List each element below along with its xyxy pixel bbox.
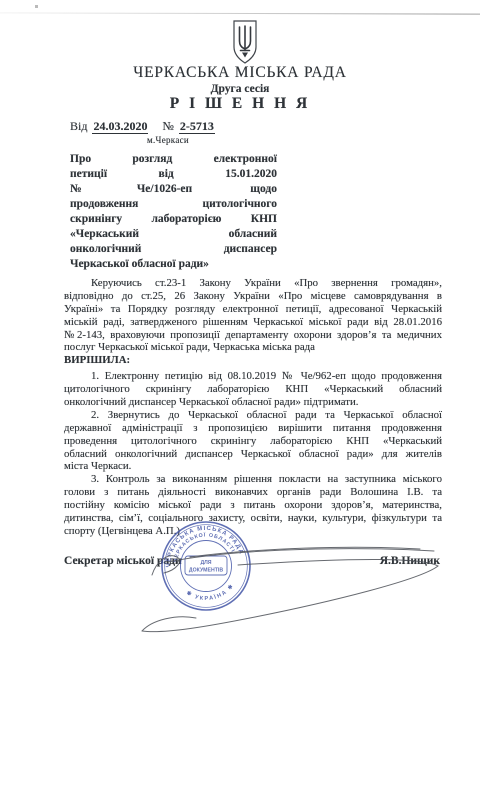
subject-block: Про розгляд електронної петиції від 15.0… [70,152,277,272]
subject-line: Черкаської обласної ради» [70,257,277,272]
document-page: ЧЕРКАСЬКА МІСЬКА РАДА Друга сесія Р І Ш … [0,0,480,786]
scan-artifact-speck [35,5,38,8]
item3-line: голови з питань діяльності виконавчих ор… [64,486,442,499]
item3-line: спорту (Цегвінцева А.П.) [64,525,442,538]
item1-line: онкологічний диспансер Черкаської обласн… [64,396,442,409]
stamp-center-line1: ДЛЯ [200,560,211,566]
subject-line: петиції від 15.01.2020 [70,167,277,182]
stamp-center-line2: ДОКУМЕНТІВ [189,568,223,574]
subject-line: продовження цитологічного [70,197,277,212]
scan-artifact-line [0,12,480,14]
item3-line: постійну комісію міської ради з питань о… [64,499,442,512]
item2-line: проведення цитологічного скринінгу лабор… [64,435,442,448]
trident-point [242,53,248,58]
resolved-label: ВИРІШИЛА: [64,354,442,367]
subject-line: скринінгу лабораторією КНП [70,212,277,227]
body-line: послуг Черкаської міської ради, Черкаськ… [64,341,442,354]
body-line: міській раді, затвердженого рішенням Чер… [64,316,442,329]
subject-line: Про розгляд електронної [70,152,277,167]
document-type-title: Р І Ш Е Н Н Я [0,95,480,113]
stamp-inner-circle [181,541,232,592]
item3-line: дитинства, сім’ї, соціального захисту, о… [64,512,442,525]
item1-line: 1. Електронну петицію від 08.10.2019 № Ч… [64,370,442,383]
subject-line: онкологічний диспансер [70,242,277,257]
secretary-name: Я.В.Нищик [380,555,440,567]
session-subtitle: Друга сесія [0,83,480,95]
council-title: ЧЕРКАСЬКА МІСЬКА РАДА [0,64,480,82]
item2-line: 2. Звернутись до Черкаської обласної рад… [64,409,442,422]
item2-line: державної адміністрації з пропозицією ви… [64,422,442,435]
body-text: Керуючись ст.23-1 Закону України «Про зв… [64,277,442,538]
item2-line: міста Черкаси. [64,460,442,473]
number-label: № [162,119,173,133]
body-line: Україні» та Порядку розгляду електронної… [64,303,442,316]
body-line: відповідно до ст.25, 26 Закону України «… [64,290,442,303]
date-number-line: Від24.03.2020№2-5713 [70,119,215,134]
item2-line: обласний онкологічний диспансер Черкаськ… [64,448,442,461]
city-line: м.Черкаси [147,135,189,145]
body-line: Керуючись ст.23-1 Закону України «Про зв… [64,277,442,290]
item3-line: 3. Контроль за виконанням рішення поклас… [64,473,442,486]
resolution-items: 1. Електронну петицію від 08.10.2019 № Ч… [64,370,442,538]
ukraine-trident-icon [231,20,259,70]
date-label: Від [70,119,87,133]
item1-line: цитологічного скринінгу лабораторією КНП… [64,383,442,396]
official-round-stamp: ЧЕРКАСЬКА МІСЬКА РАДА ЧЕРКАСЬКОЇ ОБЛАСТІ… [160,520,252,612]
body-line: №2-143, враховуючи пропозиції департамен… [64,329,442,342]
date-value: 24.03.2020 [92,119,148,134]
subject-line: «Черкаський обласний [70,227,277,242]
number-value: 2-5713 [179,119,215,134]
subject-line: №Че/1026-еп щодо [70,182,277,197]
